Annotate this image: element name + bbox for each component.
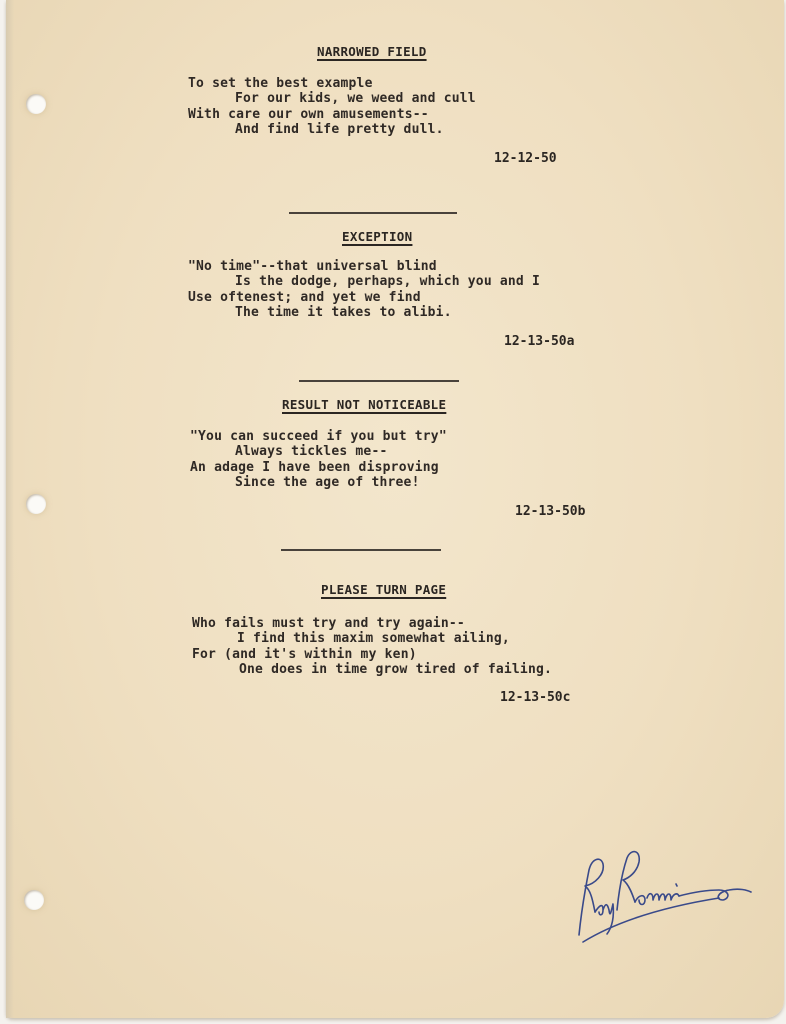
section-divider — [299, 380, 459, 382]
poem-title: PLEASE TURN PAGE — [321, 582, 446, 597]
poem-date: 12-13-50a — [504, 334, 574, 349]
poem-line: To set the best example — [188, 76, 373, 91]
poem-date: 12-13-50c — [500, 690, 570, 705]
poem-line: With care our own amusements-- — [188, 107, 429, 122]
poem-line: An adage I have been disproving — [190, 460, 439, 475]
section-divider — [281, 549, 441, 551]
binder-hole-icon — [24, 890, 44, 910]
poem-line: "No time"--that universal blind — [188, 259, 437, 274]
poem-title: NARROWED FIELD — [317, 44, 427, 59]
poem-line: Always tickles me-- — [235, 444, 388, 459]
poem-title: RESULT NOT NOTICEABLE — [282, 397, 446, 412]
typed-page: NARROWED FIELD To set the best example F… — [6, 0, 784, 1018]
poem-line: For our kids, we weed and cull — [235, 91, 476, 106]
poem-line: The time it takes to alibi. — [235, 305, 452, 320]
section-divider — [289, 212, 457, 214]
poem-line: One does in time grow tired of failing. — [239, 662, 552, 677]
poem-line: And find life pretty dull. — [235, 122, 444, 137]
poem-line: For (and it's within my ken) — [192, 647, 417, 662]
poem-line: Use oftenest; and yet we find — [188, 290, 421, 305]
poem-line: I find this maxim somewhat ailing, — [237, 631, 510, 646]
poem-line: Since the age of three! — [235, 475, 420, 490]
poem-line: "You can succeed if you but try" — [190, 429, 447, 444]
poem-line: Is the dodge, perhaps, which you and I — [235, 274, 540, 289]
binder-hole-icon — [26, 94, 46, 114]
poem-date: 12-13-50b — [515, 504, 585, 519]
poem-line: Who fails must try and try again-- — [192, 616, 465, 631]
signature-icon — [559, 840, 759, 950]
poem-date: 12-12-50 — [494, 151, 557, 166]
binder-hole-icon — [26, 494, 46, 514]
poem-title: EXCEPTION — [342, 229, 412, 244]
